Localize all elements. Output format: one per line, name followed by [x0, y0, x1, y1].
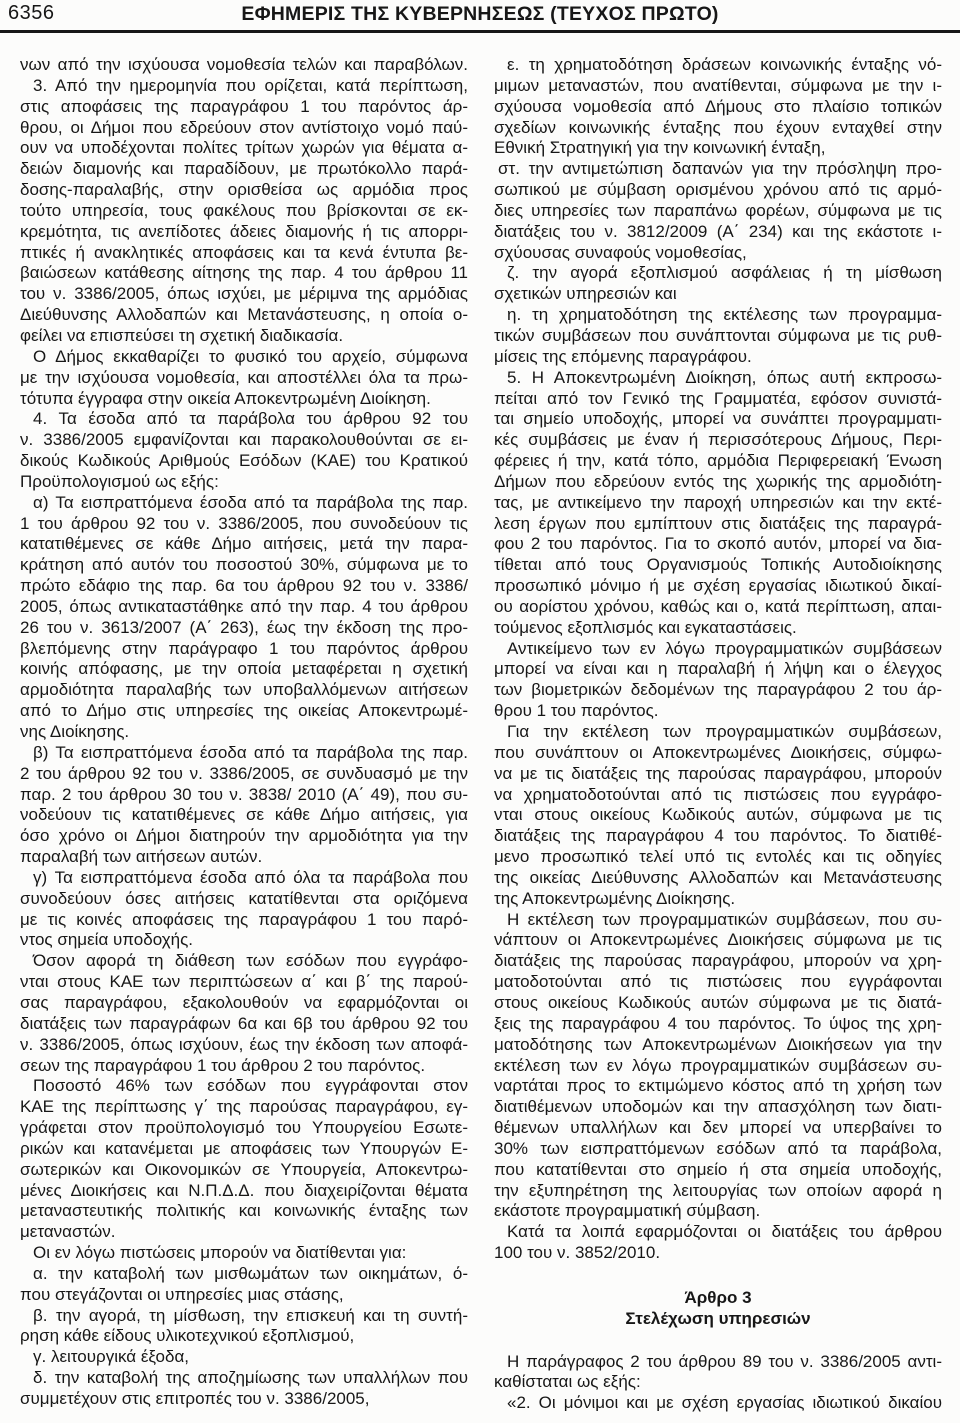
- text-line: κές συμβάσεις με έναν ή περισσότερους Δή…: [494, 430, 942, 451]
- text-line: ΚΑΕ της περίπτωσης γ΄ της παρούσας παραγ…: [20, 1097, 468, 1118]
- paragraph: 5. Η Αποκεντρωμένη Διοίκηση, όπως αυτή ε…: [494, 368, 942, 639]
- paragraph: «2. Οι μόνιμοι και με σχέση εργασίας ιδι…: [494, 1393, 942, 1414]
- text-line: Η παράγραφος 2 του άρθρου 89 του ν. 3386…: [494, 1352, 942, 1373]
- text-line: Για την εκτέλεση των προγραμματικών συμβ…: [494, 722, 942, 743]
- text-line: να χρηματοδοτούνται από τις πιστώσεις πο…: [494, 785, 942, 806]
- text-line: νοδεύουν τις κατατιθέμενες σε κάθε Δήμο …: [20, 805, 468, 826]
- text-line: κοινής απόφασης, με την οποία μεταφέρετα…: [20, 659, 468, 680]
- paragraph: β) Τα εισπραττόμενα έσοδα από τα παράβολ…: [20, 743, 468, 868]
- text-line: 4. Τα έσοδα από τα παράβολα του άρθρου 9…: [20, 409, 468, 430]
- text-line: α) Τα εισπραττόμενα έσοδα από τα παράβολ…: [20, 493, 468, 514]
- text-line: δειών διαμονής και παραδίδουν, με πρωτόκ…: [20, 159, 468, 180]
- vertical-space: [494, 1264, 942, 1288]
- heading-line: Άρθρο 3: [494, 1288, 942, 1309]
- text-line: του ν. 3386/2005, όπως ισχύει, με μέριμν…: [20, 284, 468, 305]
- text-line: σχύουσας συναφούς νομοθεσίας,: [494, 243, 942, 264]
- paragraph: Κατά τα λοιπά εφαρμόζονται οι διατάξεις …: [494, 1222, 942, 1264]
- page-header: 6356 ΕΦΗΜΕΡΙΣ ΤΗΣ ΚΥΒΕΡΝΗΣΕΩΣ (ΤΕΥΧΟΣ ΠΡ…: [0, 0, 960, 33]
- text-line: εκάστοτε προγραμματική σύμβαση.: [494, 1201, 942, 1222]
- text-line: με τις κοινές αποφάσεις της παραγράφου 1…: [20, 910, 468, 931]
- text-line: 2 του άρθρου 92 του ν. 3386/2005, σε συν…: [20, 764, 468, 785]
- text-line: Διεύθυνσης Αλλοδαπών και Μετανάστευσης, …: [20, 305, 468, 326]
- text-line: φου 2 του παρόντος. Για το σκοπό αυτόν, …: [494, 534, 942, 555]
- text-line: πτικές ή ανακλητικές αποφάσεις και τα κε…: [20, 243, 468, 264]
- text-line: διατάξεις των παραγράφων 6α και 6β του ά…: [20, 1014, 468, 1035]
- text-line: νται στους οικείους Κωδικούς αυτών, σύμφ…: [494, 805, 942, 826]
- text-line: Η εκτέλεση των προγραμματικών συμβάσεων,…: [494, 910, 942, 931]
- paragraph: 4. Τα έσοδα από τα παράβολα του άρθρου 9…: [20, 409, 468, 492]
- text-line: ουν να υποδέχονται πολίτες τρίτων χωρών …: [20, 138, 468, 159]
- page-title: ΕΦΗΜΕΡΙΣ ΤΗΣ ΚΥΒΕΡΝΗΣΕΩΣ (ΤΕΥΧΟΣ ΠΡΩΤΟ): [0, 3, 960, 26]
- text-line: γ. λειτουργικά έξοδα,: [20, 1347, 468, 1368]
- text-line: θρου 1 του παρόντος.: [494, 701, 942, 722]
- vertical-space: [494, 1330, 942, 1352]
- text-line: που κατατίθενται στο σημείο ή στα σημεία…: [494, 1160, 942, 1181]
- text-line: Εθνική Στρατηγική για την κοινωνική έντα…: [494, 138, 942, 159]
- text-line: Οι εν λόγω πιστώσεις μπορούν να διατίθεν…: [20, 1243, 468, 1264]
- text-line: τούτο υπηρεσία, τους φακέλους που βρίσκο…: [20, 201, 468, 222]
- text-line: ρηση κάθε είδους υλικοτεχνικού εξοπλισμο…: [20, 1326, 468, 1347]
- text-line: να με τις διατάξεις της παρούσας παραγρά…: [494, 764, 942, 785]
- text-line: ν. 3386/2005 εμφανίζονται και παρακολουθ…: [20, 430, 468, 451]
- text-line: Όσον αφορά τη διάθεση των εσόδων που εγγ…: [20, 951, 468, 972]
- text-line: της Αποκεντρωμένης Διοίκησης.: [494, 889, 942, 910]
- text-line: κρεμότητα, τις ανεπίδοτες άδειες διαμονή…: [20, 222, 468, 243]
- text-line: στους οικείους Κωδικούς αυτών σύμφωνα με…: [494, 993, 942, 1014]
- text-line: 100 του ν. 3852/2010.: [494, 1243, 942, 1264]
- paragraph: ζ. την αγορά εξοπλισμού ασφάλειας ή τη μ…: [494, 263, 942, 305]
- text-line: βλεπόμενης στην παράγραφο 1 του παρόντος…: [20, 639, 468, 660]
- text-line: την εξυπηρέτηση της λειτουργίας των οποί…: [494, 1181, 942, 1202]
- paragraph: β. την αγορά, τη μίσθωση, την επισκευή κ…: [20, 1306, 468, 1348]
- text-line: από το Δήμο στις υπηρεσίες της οικείας Α…: [20, 701, 468, 722]
- text-line: γράφεται στον προϋπολογισμό του Υπουργεί…: [20, 1118, 468, 1139]
- text-line: όσο χρόνο οι Δήμοι διατηρούν την αρμοδιό…: [20, 826, 468, 847]
- paragraph: δ. την καταβολή της αποζημίωσης των υπαλ…: [20, 1368, 468, 1410]
- text-line: θρου, οι Δήμοι που εδρεύουν στον αντίστο…: [20, 118, 468, 139]
- text-line: μενο προσωπικό τελεί υπό τις εντολές και…: [494, 847, 942, 868]
- gazette-page: 6356 ΕΦΗΜΕΡΙΣ ΤΗΣ ΚΥΒΕΡΝΗΣΕΩΣ (ΤΕΥΧΟΣ ΠΡ…: [0, 0, 960, 1423]
- text-line: που συνάπτουν οι Αποκεντρωμένες Διοικήσε…: [494, 743, 942, 764]
- paragraph: α. την καταβολή των μισθωμάτων των οικημ…: [20, 1264, 468, 1306]
- text-line: νάπτουν οι Αποκεντρωμένες Διοικήσεις σύμ…: [494, 930, 942, 951]
- text-line: της οικείας Διεύθυνσης Αλλοδαπών και Μετ…: [494, 868, 942, 889]
- text-line: σχύουσα νομοθεσία από Δήμους στο πλαίσιο…: [494, 97, 942, 118]
- text-line: διατάξεις της παραγράφου 4 του παρόντος.…: [494, 826, 942, 847]
- text-line: τούμενος εξοπλισμός και εγκαταστάσεις.: [494, 618, 942, 639]
- paragraph: η. τη χρηματοδότηση της εκτέλεσης των πρ…: [494, 305, 942, 368]
- text-line: των βιομετρικών δεδομένων της παραγράφου…: [494, 680, 942, 701]
- text-line: Ποσοστό 46% των εσόδων που εγγράφονται σ…: [20, 1076, 468, 1097]
- text-line: Κατά τα λοιπά εφαρμόζονται οι διατάξεις …: [494, 1222, 942, 1243]
- paragraph: Ο Δήμος εκκαθαρίζει το φυσικό του αρχείο…: [20, 347, 468, 410]
- text-line: Αντικείμενο των εν λόγω προγραμματικών σ…: [494, 639, 942, 660]
- text-line: ν. 3386/2005, όπως ισχύουν, έως την έκδο…: [20, 1035, 468, 1056]
- paragraph: Η εκτέλεση των προγραμματικών συμβάσεων,…: [494, 910, 942, 1223]
- text-line: στ. την αντιμετώπιση δαπανών για την πρό…: [494, 159, 942, 180]
- text-line: φείλει να επισπεύσει τη σχετική διαδικασ…: [20, 326, 468, 347]
- text-line: πρώτο εδάφιο της παρ. 6α του άρθρου 92 τ…: [20, 576, 468, 597]
- text-line: λεση έργων που εμπίπτουν στις διατάξεις …: [494, 514, 942, 535]
- text-line: ντος σημεία υποδοχής.: [20, 930, 468, 951]
- text-line: μεταναστών.: [20, 1222, 468, 1243]
- text-line: ου αορίστου χρόνου, καθώς και ο, κατά πε…: [494, 597, 942, 618]
- text-line: 3. Από την ημερομηνία που ορίζεται, κατά…: [20, 76, 468, 97]
- text-line: συνοδεύουν όσες αιτήσεις κατατίθενται στ…: [20, 889, 468, 910]
- text-line: 1 του άρθρου 92 του ν. 3386/2005, που συ…: [20, 514, 468, 535]
- text-line: 2005, όπως αντικαταστάθηκε από την παρ. …: [20, 597, 468, 618]
- text-line: Προϋπολογισμού ως εξής:: [20, 472, 468, 493]
- paragraph: νων από την ισχύουσα νομοθεσία τελών και…: [20, 55, 468, 76]
- text-line: με την ισχύουσα νομοθεσία, και αποστέλλε…: [20, 368, 468, 389]
- text-line: κράτηση από αυτόν του ποσοστού 30%, σύμφ…: [20, 555, 468, 576]
- text-line: τότυπα έγγραφα στην οικεία Αποκεντρωμένη…: [20, 389, 468, 410]
- paragraph: Αντικείμενο των εν λόγω προγραμματικών σ…: [494, 639, 942, 722]
- paragraph: 3. Από την ημερομηνία που ορίζεται, κατά…: [20, 76, 468, 347]
- text-line: διες υπηρεσίες των παραπάνω φορέων, σύμφ…: [494, 201, 942, 222]
- text-line: ναρτάται προς το εκτιμώμενο κόστος από τ…: [494, 1076, 942, 1097]
- text-line: β. την αγορά, τη μίσθωση, την επισκευή κ…: [20, 1306, 468, 1327]
- text-line: μένες Διοικήσεις και Ν.Π.Δ.Δ. που διαχει…: [20, 1181, 468, 1202]
- text-line: στις αποφάσεις της παραγράφου 1 του παρό…: [20, 97, 468, 118]
- text-line: σχεδίων κοινωνικής ένταξης που έχουν εντ…: [494, 118, 942, 139]
- text-line: που στεγάζονται οι υπηρεσίες μιας στάσης…: [20, 1285, 468, 1306]
- article-heading: Άρθρο 3Στελέχωση υπηρεσιών: [494, 1288, 942, 1330]
- heading-line: Στελέχωση υπηρεσιών: [494, 1309, 942, 1330]
- text-line: κατατιθέμενες σε κάθε Δήμο αιτήσεις, μετ…: [20, 534, 468, 555]
- text-line: εκτέλεση των εν λόγω προγραμματικών συμβ…: [494, 1056, 942, 1077]
- text-line: φέρειες ή την, κατά τόπο, αρμόδια Περιφε…: [494, 451, 942, 472]
- right-column: ε. τη χρηματοδότηση δράσεων κοινωνικής έ…: [494, 55, 942, 1414]
- paragraph: Η παράγραφος 2 του άρθρου 89 του ν. 3386…: [494, 1352, 942, 1394]
- paragraph: α) Τα εισπραττόμενα έσοδα από τα παράβολ…: [20, 493, 468, 743]
- text-line: Ο Δήμος εκκαθαρίζει το φυσικό του αρχείο…: [20, 347, 468, 368]
- text-line: σας παραγράφου, εξακολουθούν να εφαρμόζο…: [20, 993, 468, 1014]
- text-line: παρ. 2 του άρθρου 30 του ν. 3838/ 2010 (…: [20, 785, 468, 806]
- paragraph: ε. τη χρηματοδότηση δράσεων κοινωνικής έ…: [494, 55, 942, 159]
- text-line: νται στους ΚΑΕ των περιπτώσεων α΄ και β΄…: [20, 972, 468, 993]
- text-line: β) Τα εισπραττόμενα έσοδα από τα παράβολ…: [20, 743, 468, 764]
- text-line: «2. Οι μόνιμοι και με σχέση εργασίας ιδι…: [494, 1393, 942, 1414]
- text-line: νων από την ισχύουσα νομοθεσία τελών και…: [20, 55, 468, 76]
- text-line: διατιθέμενων υποδομών και την απασχόληση…: [494, 1097, 942, 1118]
- text-line: σωτερικών και Οικονομικών σε Υπουργεία, …: [20, 1160, 468, 1181]
- paragraph: γ. λειτουργικά έξοδα,: [20, 1347, 468, 1368]
- text-line: δικούς Κωδικούς Αριθμούς Εσόδων (ΚΑΕ) το…: [20, 451, 468, 472]
- text-line: σωπικού με σύμβαση ορισμένου χρόνου από …: [494, 180, 942, 201]
- text-line: προσωπικό μόνιμο ή με σχέση εργασίας ιδι…: [494, 576, 942, 597]
- two-column-text-body: νων από την ισχύουσα νομοθεσία τελών και…: [0, 33, 960, 1414]
- text-line: μεταναστευτικής πολιτικής και κοινωνικής…: [20, 1201, 468, 1222]
- text-line: συμμετέχουν στις επιτροπές του ν. 3386/2…: [20, 1389, 468, 1410]
- text-line: σεων της παραγράφου 1 του άρθρου 2 του π…: [20, 1056, 468, 1077]
- text-line: ξεις της παραγράφου 4 του παρόντος. Το ύ…: [494, 1014, 942, 1035]
- text-line: δοσης-παραλαβής, στην ορισθείσα ως αρμόδ…: [20, 180, 468, 201]
- left-column: νων από την ισχύουσα νομοθεσία τελών και…: [20, 55, 468, 1414]
- paragraph: Για την εκτέλεση των προγραμματικών συμβ…: [494, 722, 942, 910]
- text-line: μπορεί να είναι και η παραλαβή ή λήψη κα…: [494, 659, 942, 680]
- text-line: ζ. την αγορά εξοπλισμού ασφάλειας ή τη μ…: [494, 263, 942, 284]
- text-line: ματοδοτούνται από τις πιστώσεις που εγγρ…: [494, 972, 942, 993]
- text-line: ρικών και κατανέμεται με αποφάσεις των Υ…: [20, 1139, 468, 1160]
- text-line: τας, με αντικείμενο την παροχή υπηρεσιών…: [494, 493, 942, 514]
- text-line: γ) Τα εισπραττόμενα έσοδα από όλα τα παρ…: [20, 868, 468, 889]
- text-line: διατάξεις του ν. 3812/2009 (Α΄ 234) και …: [494, 222, 942, 243]
- text-line: σχετικών υπηρεσιών και: [494, 284, 942, 305]
- paragraph: στ. την αντιμετώπιση δαπανών για την πρό…: [494, 159, 942, 263]
- paragraph: Ποσοστό 46% των εσόδων που εγγράφονται σ…: [20, 1076, 468, 1243]
- text-line: ματοδότησης των Αποκεντρωμένων Διοικήσεω…: [494, 1035, 942, 1056]
- text-line: ται σημείο υποδοχής, μπορεί να συνάπτει …: [494, 409, 942, 430]
- text-line: πείται από τον Γενικό της Γραμματέα, εφό…: [494, 389, 942, 410]
- text-line: παραλαβή των αιτήσεων αυτών.: [20, 847, 468, 868]
- text-line: βαιώσεων κατάθεσης αίτησης της παρ. 4 το…: [20, 263, 468, 284]
- text-line: καθίσταται ως εξής:: [494, 1372, 942, 1393]
- text-line: θέμενων υπαλλήλων και δεν μπορεί να υπερ…: [494, 1118, 942, 1139]
- paragraph: Όσον αφορά τη διάθεση των εσόδων που εγγ…: [20, 951, 468, 1076]
- text-line: 26 του ν. 3613/2007 (Α΄ 263), έως την έκ…: [20, 618, 468, 639]
- text-line: μιμων μεταναστών, που ανατίθενται, σύμφω…: [494, 76, 942, 97]
- paragraph: Οι εν λόγω πιστώσεις μπορούν να διατίθεν…: [20, 1243, 468, 1264]
- text-line: τίθεται από τους Οργανισμούς Τοπικής Αυτ…: [494, 555, 942, 576]
- text-line: τικών συμβάσεων που συνάπτονται σύμφωνα …: [494, 326, 942, 347]
- paragraph: γ) Τα εισπραττόμενα έσοδα από όλα τα παρ…: [20, 868, 468, 951]
- text-line: νης Διοίκησης.: [20, 722, 468, 743]
- text-line: Δήμων που εδρεύουν εντός της χωρικής της…: [494, 472, 942, 493]
- text-line: α. την καταβολή των μισθωμάτων των οικημ…: [20, 1264, 468, 1285]
- text-line: δ. την καταβολή της αποζημίωσης των υπαλ…: [20, 1368, 468, 1389]
- text-line: μίσεις της επόμενης παραγράφου.: [494, 347, 942, 368]
- text-line: διατάξεις της παρούσας παραγράφου, μπορο…: [494, 951, 942, 972]
- text-line: η. τη χρηματοδότηση της εκτέλεσης των πρ…: [494, 305, 942, 326]
- text-line: ε. τη χρηματοδότηση δράσεων κοινωνικής έ…: [494, 55, 942, 76]
- text-line: 30% των εισπραττόμενων εσόδων από τα παρ…: [494, 1139, 942, 1160]
- text-line: 5. Η Αποκεντρωμένη Διοίκηση, όπως αυτή ε…: [494, 368, 942, 389]
- text-line: αρμοδιότητα παραλαβής των υποβαλλόμενων …: [20, 680, 468, 701]
